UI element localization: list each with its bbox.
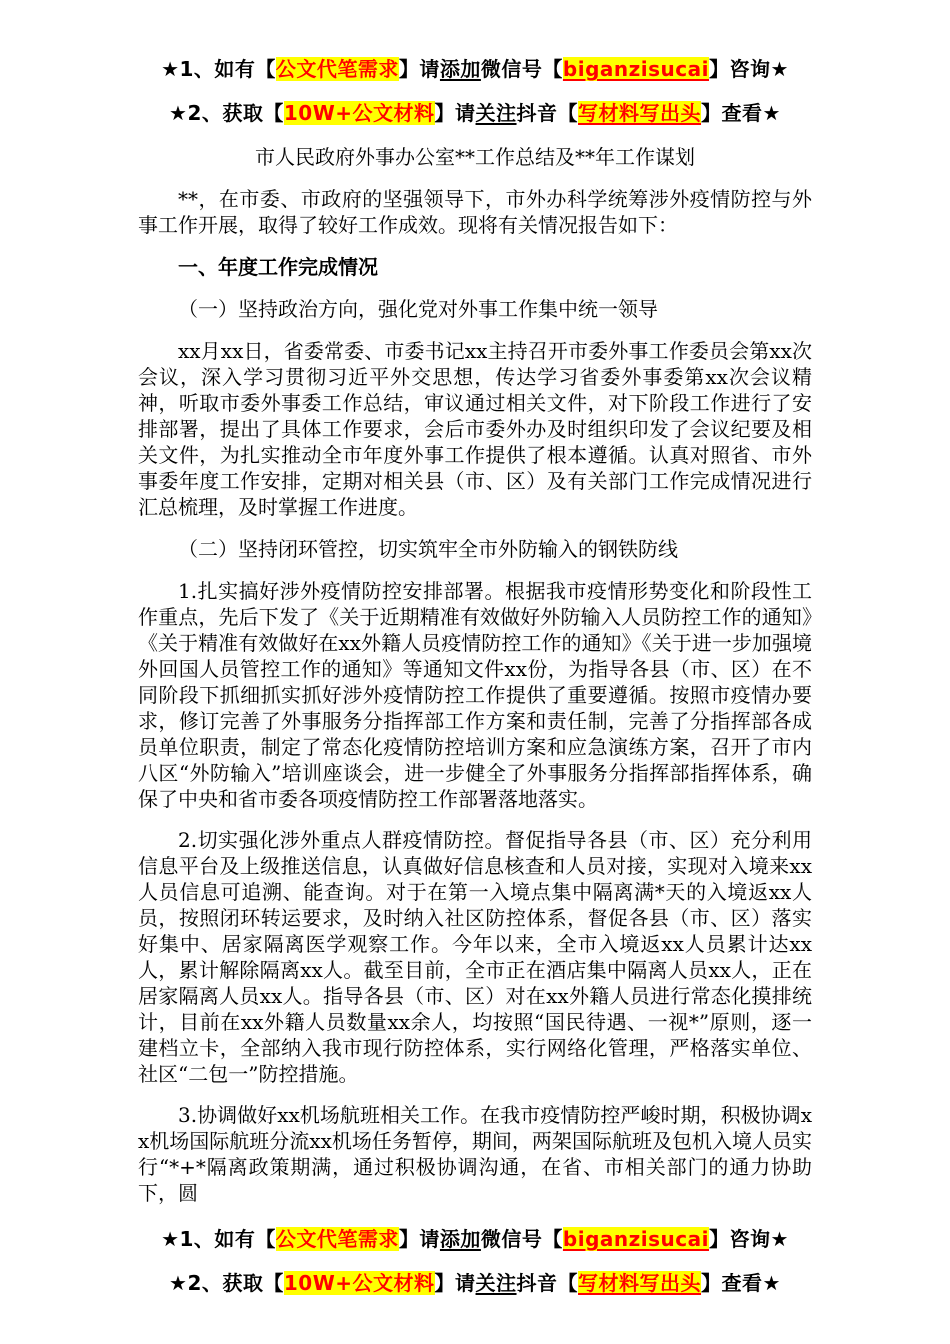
promo-line-1: ★1、如有【公文代笔需求】请添加微信号【biganzisucai】咨询★ xyxy=(138,56,812,83)
subsection-heading-political-direction: （一）坚持政治方向，强化党对外事工作集中统一领导 xyxy=(138,296,812,322)
promo-line-2: ★2、获取【10W+公文材料】请关注抖音【写材料写出头】查看★ xyxy=(138,100,812,127)
paragraph-item-2: 2.切实强化涉外重点人群疫情防控。督促指导各县（市、区）充分利用信息平台及上级推… xyxy=(138,827,812,1087)
promo-highlight-writing-service: 公文代笔需求 xyxy=(276,57,399,81)
promo-text: ★1、如有【 xyxy=(161,57,276,81)
promo-text: 】咨询★ xyxy=(709,57,789,81)
section-heading-annual-work: 一、年度工作完成情况 xyxy=(138,254,812,280)
promo-text: 】请 xyxy=(399,57,440,81)
promo-line-2: ★2、获取【10W+公文材料】请关注抖音【写材料写出头】查看★ xyxy=(138,1270,812,1297)
promo-text: ★2、获取【 xyxy=(169,1271,284,1295)
paragraph-item-3: 3.协调做好xx机场航班相关工作。在我市疫情防控严峻时期，积极协调xx机场国际航… xyxy=(138,1102,812,1206)
promo-highlight-materials: 10W+公文材料 xyxy=(284,101,435,125)
promo-text: 】请 xyxy=(399,1227,440,1251)
paragraph-intro: **，在市委、市政府的坚强领导下，市外办科学统筹涉外疫情防控与外事工作开展，取得… xyxy=(138,186,812,238)
paragraph-item-1: 1.扎实搞好涉外疫情防控安排部署。根据我市疫情形势变化和阶段性工作重点，先后下发… xyxy=(138,578,812,812)
doc-title: 市人民政府外事办公室**工作总结及**年工作谋划 xyxy=(138,144,812,170)
promo-line-1: ★1、如有【公文代笔需求】请添加微信号【biganzisucai】咨询★ xyxy=(138,1226,812,1253)
promo-highlight-materials: 10W+公文材料 xyxy=(284,1271,435,1295)
paragraph-meeting: xx月xx日，省委常委、市委书记xx主持召开市委外事工作委员会第xx次会议，深入… xyxy=(138,338,812,520)
promo-text: 微信号【 xyxy=(481,57,563,81)
promo-banner-bottom: ★1、如有【公文代笔需求】请添加微信号【biganzisucai】咨询★ ★2、… xyxy=(138,1226,812,1297)
promo-wechat-id: biganzisucai xyxy=(563,1227,709,1251)
document-page: ★1、如有【公文代笔需求】请添加微信号【biganzisucai】咨询★ ★2、… xyxy=(0,0,950,1344)
promo-text: 微信号【 xyxy=(481,1227,563,1251)
promo-text: 】查看★ xyxy=(701,101,781,125)
subsection-heading-closed-loop: （二）坚持闭环管控，切实筑牢全市外防输入的钢铁防线 xyxy=(138,536,812,562)
promo-text: 抖音【 xyxy=(517,1271,579,1295)
promo-douyin-id: 写材料写出头 xyxy=(578,101,701,125)
promo-text: 】查看★ xyxy=(701,1271,781,1295)
promo-text: ★1、如有【 xyxy=(161,1227,276,1251)
promo-text: 】咨询★ xyxy=(709,1227,789,1251)
promo-text: ★2、获取【 xyxy=(169,101,284,125)
document-viewport: { "colors": { "page_background": "#fffff… xyxy=(0,0,950,1344)
promo-underline-add: 添加 xyxy=(440,1227,481,1251)
promo-text: 抖音【 xyxy=(517,101,579,125)
promo-underline-add: 添加 xyxy=(440,57,481,81)
promo-douyin-id: 写材料写出头 xyxy=(578,1271,701,1295)
promo-highlight-writing-service: 公文代笔需求 xyxy=(276,1227,399,1251)
promo-underline-follow: 关注 xyxy=(476,1271,517,1295)
promo-banner-top: ★1、如有【公文代笔需求】请添加微信号【biganzisucai】咨询★ ★2、… xyxy=(138,56,812,127)
promo-underline-follow: 关注 xyxy=(476,101,517,125)
promo-wechat-id: biganzisucai xyxy=(563,57,709,81)
promo-text: 】请 xyxy=(435,101,476,125)
promo-text: 】请 xyxy=(435,1271,476,1295)
